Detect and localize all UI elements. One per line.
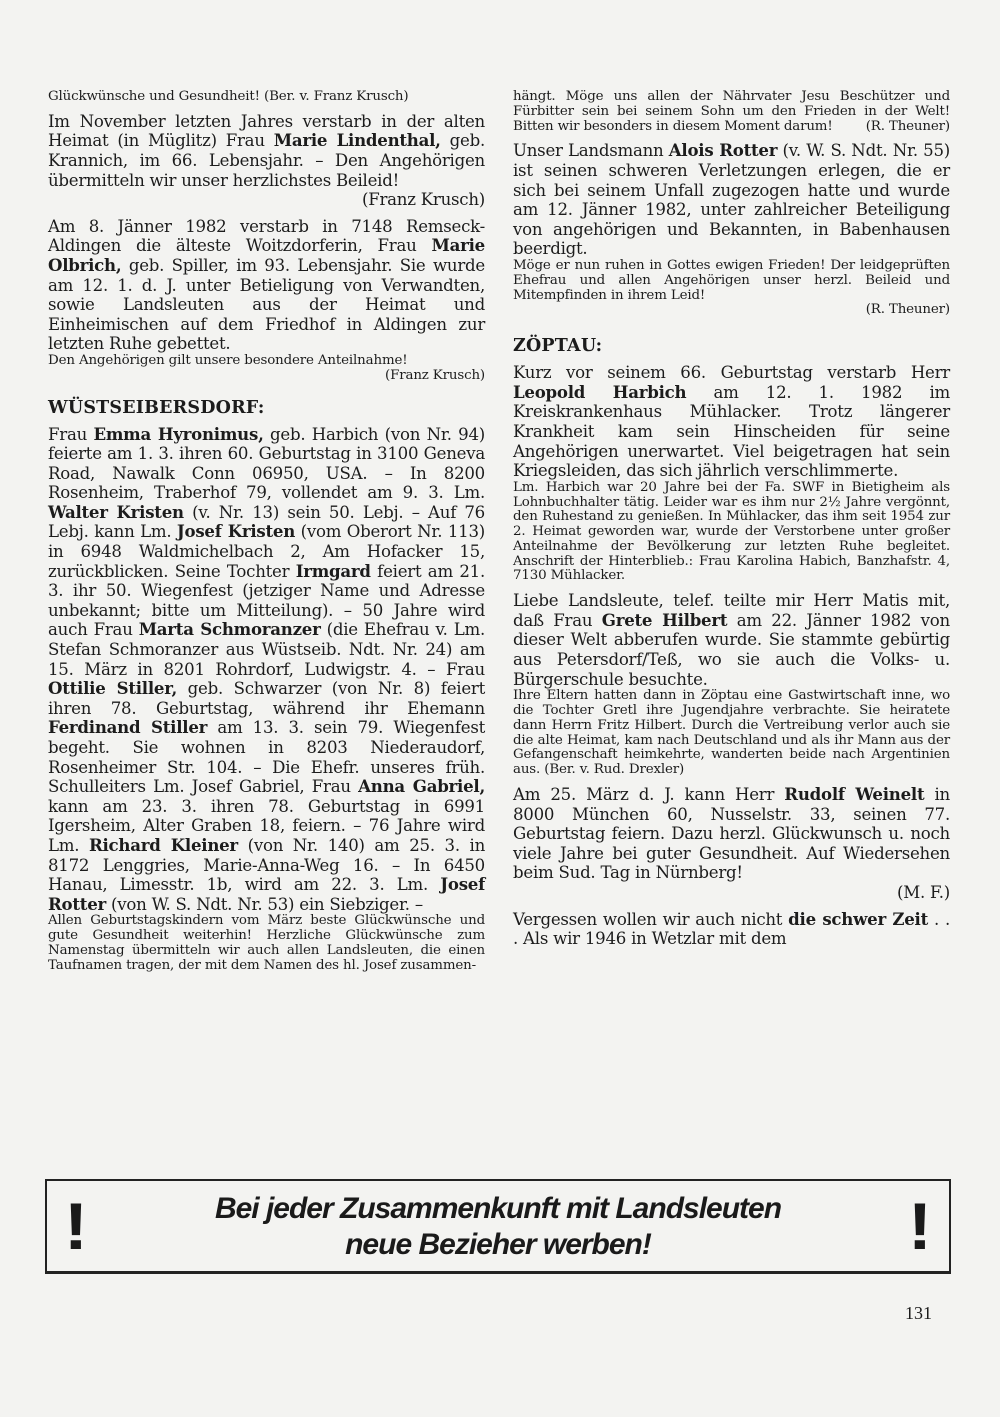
signature: (Franz Krusch) <box>362 190 485 210</box>
person-name: Marie Lindenthal, <box>274 130 441 150</box>
paragraph-greetings-end: hängt. Möge uns allen der Nährvater Jesu… <box>513 90 950 134</box>
section-heading-wuestseibersdorf: WÜSTSEIBERSDORF: <box>48 398 485 418</box>
signature: (R. Theuner) <box>513 303 950 318</box>
paragraph-condolence: Den Angehörigen gilt unsere besondere An… <box>48 354 485 384</box>
signature: (Franz Krusch) <box>385 369 485 384</box>
page-number: 131 <box>905 1303 932 1324</box>
paragraph-greetings-continued: Glückwünsche und Gesundheit! (Ber. v. Fr… <box>48 90 485 105</box>
left-column: Glückwünsche und Gesundheit! (Ber. v. Fr… <box>48 90 485 974</box>
person-name: Grete Hilbert <box>602 610 728 630</box>
person-name: Leopold Harbich <box>513 382 686 402</box>
banner-slogan: Bei jeder Zusammenkunft mit Landsleuten … <box>47 1191 949 1263</box>
paragraph-condolence-rotter: Möge er nun ruhen in Gottes ewigen Fried… <box>513 259 950 303</box>
signature: (M. F.) <box>513 883 950 903</box>
person-name: Alois Rotter <box>669 140 777 160</box>
paragraph-obituary-rotter: Unser Landsmann Alois Rotter (v. W. S. N… <box>513 141 950 259</box>
paragraph-birthday-weinelt: Am 25. März d. J. kann Herr Rudolf Weine… <box>513 785 950 883</box>
paragraph-birthdays: Frau Emma Hyronimus, geb. Harbich (von N… <box>48 425 485 915</box>
paragraph-name-day-greetings: Allen Geburtstagskindern vom März beste … <box>48 914 485 973</box>
paragraph-obituary-hilbert: Liebe Landsleute, telef. teilte mir Herr… <box>513 591 950 689</box>
paragraph-hilbert-details: Ihre Eltern hatten dann in Zöptau eine G… <box>513 689 950 778</box>
paragraph-obituary-harbich: Kurz vor seinem 66. Geburtstag verstarb … <box>513 363 950 481</box>
paragraph-obituary-olbrich: Am 8. Jänner 1982 verstarb in 7148 Remse… <box>48 217 485 354</box>
exclamation-icon: ! <box>908 1193 932 1259</box>
recruitment-banner: ! Bei jeder Zusammenkunft mit Landsleute… <box>45 1179 951 1274</box>
paragraph-obituary-lindenthal: Im November letzten Jahres verstarb in d… <box>48 112 485 210</box>
paragraph-remembrance: Vergessen wollen wir auch nicht die schw… <box>513 910 950 949</box>
person-name: Rudolf Weinelt <box>784 784 924 804</box>
paragraph-harbich-details: Lm. Harbich war 20 Jahre bei der Fa. SWF… <box>513 481 950 585</box>
signature: (R. Theuner) <box>866 120 950 135</box>
right-column: hängt. Möge uns allen der Nährvater Jesu… <box>513 90 950 949</box>
section-heading-zoeptau: ZÖPTAU: <box>513 336 950 356</box>
